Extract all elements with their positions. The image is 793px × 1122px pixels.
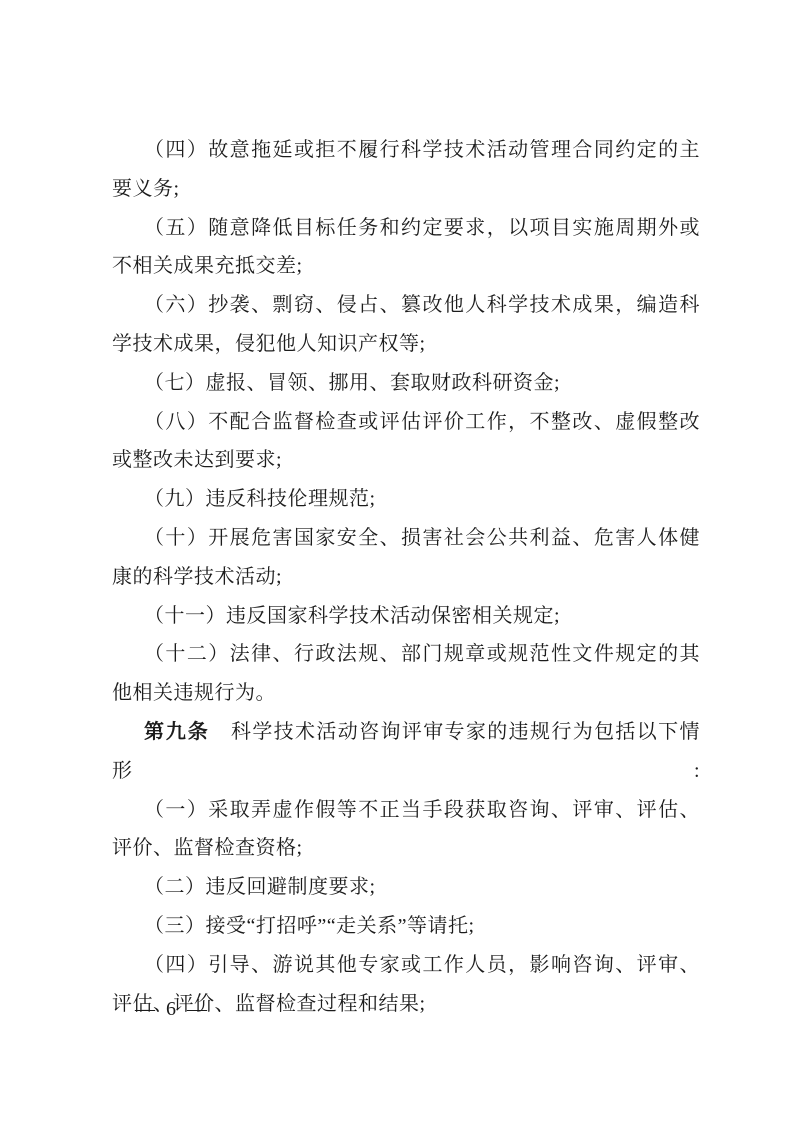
paragraph: （十一）违反国家科学技术活动保密相关规定; [112,597,700,636]
text-line: （六）抄袭、剽窃、侵占、篡改他人科学技术成果，编造科 [112,286,700,325]
text-line: （四）故意拖延或拒不履行科学技术活动管理合同约定的主 [112,131,700,170]
text-line: （十二）法律、行政法规、部门规章或规范性文件规定的其 [112,635,700,674]
paragraph: （九）违反科技伦理规范; [112,480,700,519]
paragraph: （三）接受“打招呼”“走关系”等请托; [112,907,700,946]
paragraph: （八）不配合监督检查或评估评价工作，不整改、虚假整改或整改未达到要求; [112,403,700,481]
text-line: 评价、监督检查资格; [112,829,700,868]
text-line: （九）违反科技伦理规范; [112,480,700,519]
text-line: （十）开展危害国家安全、损害社会公共利益、危害人体健 [112,519,700,558]
paragraph: （五）随意降低目标任务和约定要求，以项目实施周期外或不相关成果充抵交差; [112,209,700,287]
text-line: 要义务; [112,170,700,209]
text-line: （十一）违反国家科学技术活动保密相关规定; [112,597,700,636]
paragraph: （十二）法律、行政法规、部门规章或规范性文件规定的其他相关违规行为。 [112,635,700,713]
text-line: 学技术成果，侵犯他人知识产权等; [112,325,700,364]
paragraph: （十）开展危害国家安全、损害社会公共利益、危害人体健康的科学技术活动; [112,519,700,597]
text-line: （一）采取弄虚作假等不正当手段获取咨询、评审、评估、 [112,791,700,830]
text-line: 不相关成果充抵交差; [112,247,700,286]
paragraph: 第九条 科学技术活动咨询评审专家的违规行为包括以下情形: [112,713,700,791]
text-line: （三）接受“打招呼”“走关系”等请托; [112,907,700,946]
text-line: 康的科学技术活动; [112,558,700,597]
paragraph: （二）违反回避制度要求; [112,868,700,907]
document-content: （四）故意拖延或拒不履行科学技术活动管理合同约定的主要义务;（五）随意降低目标任… [112,131,700,1023]
document-page: （四）故意拖延或拒不履行科学技术活动管理合同约定的主要义务;（五）随意降低目标任… [0,0,793,1122]
text-line: （四）引导、游说其他专家或工作人员，影响咨询、评审、 [112,946,700,985]
paragraph: （四）故意拖延或拒不履行科学技术活动管理合同约定的主要义务; [112,131,700,209]
text-line: （五）随意降低目标任务和约定要求，以项目实施周期外或 [112,209,700,248]
text-line: （二）违反回避制度要求; [112,868,700,907]
paragraph: （一）采取弄虚作假等不正当手段获取咨询、评审、评估、评价、监督检查资格; [112,791,700,869]
text-line: 他相关违规行为。 [112,674,700,713]
text-line: 或整改未达到要求; [112,441,700,480]
text-line: （七）虚报、冒领、挪用、套取财政科研资金; [112,364,700,403]
page-number: — 6 — [135,998,210,1021]
article-number-label: 第九条 [144,721,210,743]
paragraph: （六）抄袭、剽窃、侵占、篡改他人科学技术成果，编造科学技术成果，侵犯他人知识产权… [112,286,700,364]
paragraph: （七）虚报、冒领、挪用、套取财政科研资金; [112,364,700,403]
text-line: 第九条 科学技术活动咨询评审专家的违规行为包括以下情形: [112,713,700,791]
text-line: （八）不配合监督检查或评估评价工作，不整改、虚假整改 [112,403,700,442]
